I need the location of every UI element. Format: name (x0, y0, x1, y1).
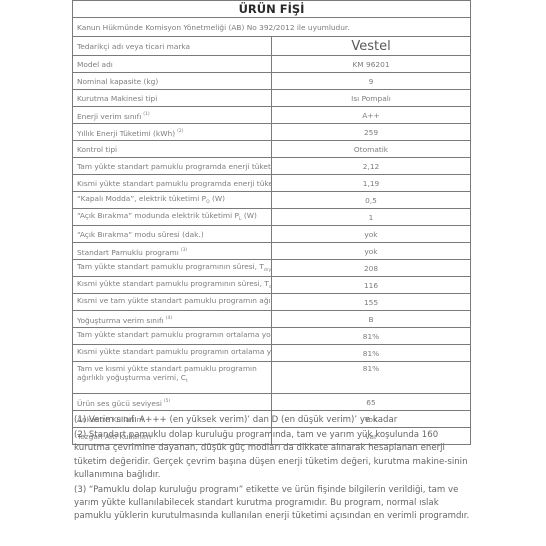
table-row: Kurutma Makinesi tipiIsı Pompalı (73, 90, 471, 107)
row-value: 81% (272, 328, 471, 345)
row-value: yok (272, 226, 471, 243)
footnote-ref: (4) (166, 316, 172, 321)
row-value: 9 (272, 73, 471, 90)
notice-row: Kanun Hükmünde Komisyon Yönetmeliği (AB)… (73, 18, 471, 37)
row-value: B (272, 311, 471, 328)
supplier-row: Tedarikçi adı veya ticari marka Vestel (73, 37, 471, 56)
row-value: 81% (272, 345, 471, 362)
footnote-ref: (1) (143, 112, 149, 117)
footnote-ref: (3) (181, 248, 187, 253)
row-value: Otomatik (272, 141, 471, 158)
row-label: Kurutma Makinesi tipi (73, 90, 272, 107)
row-label: Model adı (73, 56, 272, 73)
row-label: “Açık Bırakma” modu süresi (dak.) (73, 226, 272, 243)
page-title: ÜRÜN FİŞİ (73, 1, 471, 18)
product-sheet: ÜRÜN FİŞİ Kanun Hükmünde Komisyon Yönetm… (72, 0, 471, 445)
table-row: Tam ve kısmi yükte standart pamuklu prog… (73, 362, 471, 394)
footnote-1: (1) Verim sınıfı A+++ (en yüksek verim)’… (74, 414, 474, 427)
row-value: 0,5 (272, 192, 471, 209)
title-row: ÜRÜN FİŞİ (73, 1, 471, 18)
row-label: Kısmi ve tam yükte standart pamuklu prog… (73, 294, 272, 311)
row-label: Kısmi yükte standart pamuklu programda e… (73, 175, 272, 192)
footnote-ref: (2) (177, 129, 183, 134)
table-row: Tam yükte standart pamuklu programının s… (73, 260, 471, 277)
table-row: Kısmi yükte standart pamuklu programının… (73, 277, 471, 294)
table-row: “Açık Bırakma” modunda elektrik tüketimi… (73, 209, 471, 226)
row-label: Ürün ses gücü seviyesi(5) (73, 394, 272, 411)
table-row: Kontrol tipiOtomatik (73, 141, 471, 158)
row-label: Tam ve kısmi yükte standart pamuklu prog… (73, 362, 272, 394)
regulation-notice: Kanun Hükmünde Komisyon Yönetmeliği (AB)… (73, 18, 471, 37)
row-value: 1 (272, 209, 471, 226)
row-value: A++ (272, 107, 471, 124)
table-row: Yoğuşturma verim sınıfı(4)B (73, 311, 471, 328)
product-info-table: ÜRÜN FİŞİ Kanun Hükmünde Komisyon Yönetm… (72, 0, 471, 445)
row-label: Kontrol tipi (73, 141, 272, 158)
footnote-ref: (5) (164, 399, 170, 404)
row-value: 1,19 (272, 175, 471, 192)
row-label: Nominal kapasite (kg) (73, 73, 272, 90)
row-label: Enerji verim sınıfı(1) (73, 107, 272, 124)
table-row: Kısmi yükte standart pamuklu programda e… (73, 175, 471, 192)
row-value: 208 (272, 260, 471, 277)
row-value: 155 (272, 294, 471, 311)
row-label: Standart Pamuklu programı(3) (73, 243, 272, 260)
row-label: Kısmi yükte standart pamuklu programın o… (73, 345, 272, 362)
row-label: Yoğuşturma verim sınıfı(4) (73, 311, 272, 328)
footnote-3: (3) “Pamuklu dolap kuruluğu programı” et… (74, 484, 474, 524)
row-value: 65 (272, 394, 471, 411)
supplier-label: Tedarikçi adı veya ticari marka (73, 37, 272, 56)
row-value: Isı Pompalı (272, 90, 471, 107)
row-label: Yıllık Enerji Tüketimi (kWh)(2) (73, 124, 272, 141)
footnote-2: (2) Standart pamuklu dolap kuruluğu prog… (74, 429, 474, 482)
table-row: “Kapalı Modda”, elektrik tüketimi PO (W)… (73, 192, 471, 209)
row-value: yok (272, 243, 471, 260)
table-row: Model adıKM 96201 (73, 56, 471, 73)
row-label: Tam yükte standart pamuklu programda ene… (73, 158, 272, 175)
table-row: Tam yükte standart pamuklu programın ort… (73, 328, 471, 345)
table-row: Kısmi ve tam yükte standart pamuklu prog… (73, 294, 471, 311)
row-value: 259 (272, 124, 471, 141)
supplier-value: Vestel (272, 37, 471, 56)
table-row: “Açık Bırakma” modu süresi (dak.)yok (73, 226, 471, 243)
row-label: Kısmi yükte standart pamuklu programının… (73, 277, 272, 294)
row-label: Tam yükte standart pamuklu programın ort… (73, 328, 272, 345)
table-row: Nominal kapasite (kg)9 (73, 73, 471, 90)
table-row: Ürün ses gücü seviyesi(5)65 (73, 394, 471, 411)
row-value: 81% (272, 362, 471, 394)
row-label: “Açık Bırakma” modunda elektrik tüketimi… (73, 209, 272, 226)
table-row: Kısmi yükte standart pamuklu programın o… (73, 345, 471, 362)
row-value: 116 (272, 277, 471, 294)
row-label: Tam yükte standart pamuklu programının s… (73, 260, 272, 277)
table-row: Enerji verim sınıfı(1)A++ (73, 107, 471, 124)
table-row: Tam yükte standart pamuklu programda ene… (73, 158, 471, 175)
row-value: KM 96201 (272, 56, 471, 73)
table-row: Standart Pamuklu programı(3)yok (73, 243, 471, 260)
row-value: 2,12 (272, 158, 471, 175)
table-row: Yıllık Enerji Tüketimi (kWh)(2)259 (73, 124, 471, 141)
footnotes: (1) Verim sınıfı A+++ (en yüksek verim)’… (74, 414, 474, 526)
row-label: “Kapalı Modda”, elektrik tüketimi PO (W) (73, 192, 272, 209)
